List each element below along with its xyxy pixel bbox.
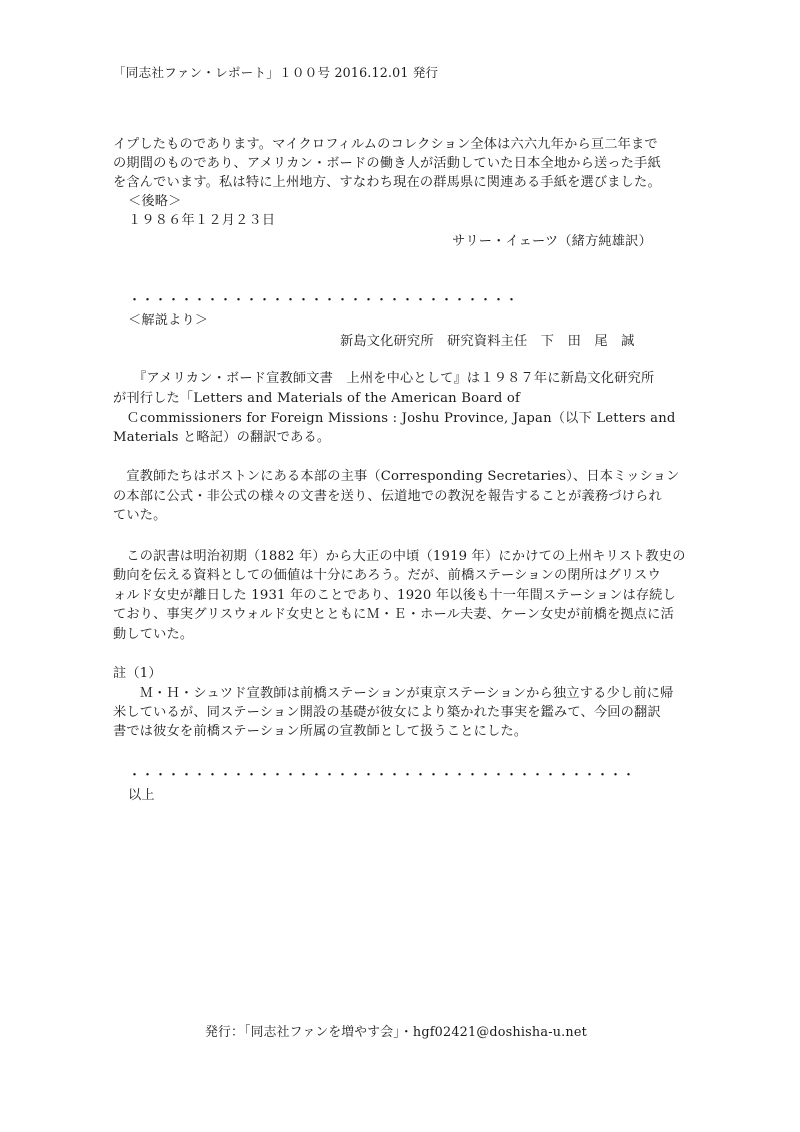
publisher-footer: 発行：「同志社ファンを増やす会」・hgf02421@doshisha-u.net (205, 1024, 587, 1042)
para3-line-4: ており、事実グリスウォルド女史とともにＭ・Ｅ・ホール夫妻、ケーン女史が前橋を拠点… (113, 606, 674, 624)
report-header: 「同志社ファン・レポート」１００号 2016.12.01 発行 (113, 64, 438, 82)
letter-date: １９８６年１２月２３日 (128, 212, 275, 230)
para2-line-1: 宣教師たちはボストンにある本部の主事（Corresponding Secreta… (113, 468, 680, 486)
para2-line-3: ていた。 (113, 507, 167, 525)
letter-line-1: イプしたものであります。マイクロフィルムのコレクション全体は六六九年から亘二年ま… (113, 136, 658, 154)
note-label: 註（1） (113, 665, 162, 683)
dotted-divider-1: ・・・・・・・・・・・・・・・・・・・・・・・・・・・・・・ (128, 292, 518, 310)
letter-line-3: を含んでいます。私は特に上州地方、すなわち現在の群馬県に関連ある手紙を選びました… (113, 174, 661, 192)
note-line-2: 米しているが、同ステーション開設の基礎が彼女により築かれた事実を鑑みて、今回の翻… (113, 704, 661, 722)
para1-line-3: Ｃcommissioners for Foreign Missions : Jo… (113, 410, 676, 428)
para2-line-2: の本部に公式・非公式の様々の文書を送り、伝道地での教況を報告することが義務づけら… (113, 488, 662, 506)
para3-line-5: 動していた。 (113, 626, 193, 644)
para1-line-1: 『アメリカン・ボード宣教師文書 上州を中心として』は１９８７年に新島文化研究所 (113, 370, 654, 388)
para3-line-2: 動向を伝える資料としての価値は十分にあろう。だが、前橋ステーションの閉所はグリス… (113, 567, 661, 585)
para3-line-1: この訳書は明治初期（1882 年）から大正の中頃（1919 年）にかけての上州キ… (113, 548, 686, 566)
note-line-1: Ｍ・Ｈ・シュツド宣教師は前橋ステーションが東京ステーションから独立する少し前に帰 (113, 685, 673, 703)
omitted-marker: ＜後略＞ (128, 193, 182, 211)
para1-line-2: が刊行した「Letters and Materials of the Ameri… (113, 390, 520, 408)
para1-line-4: Materials と略記）の翻訳である。 (113, 429, 330, 447)
commentary-author: 新島文化研究所 研究資料主任 下 田 尾 誠 (340, 333, 635, 351)
dotted-divider-2: ・・・・・・・・・・・・・・・・・・・・・・・・・・・・・・・・・・・・・・・ (128, 767, 635, 785)
letter-line-2: の期間のものであり、アメリカン・ボードの働き人が活動していた日本全地から送った手… (113, 155, 661, 173)
letter-signature: サリー・イェーツ（緒方純雄訳） (452, 233, 652, 251)
note-line-3: 書では彼女を前橋ステーション所属の宣教師として扱うことにした。 (113, 723, 527, 741)
para3-line-3: ォルド女史が離日した 1931 年のことであり、1920 年以後も十一年間ステー… (113, 587, 676, 605)
commentary-heading: ＜解説より＞ (128, 312, 208, 330)
closing-text: 以上 (128, 787, 155, 805)
